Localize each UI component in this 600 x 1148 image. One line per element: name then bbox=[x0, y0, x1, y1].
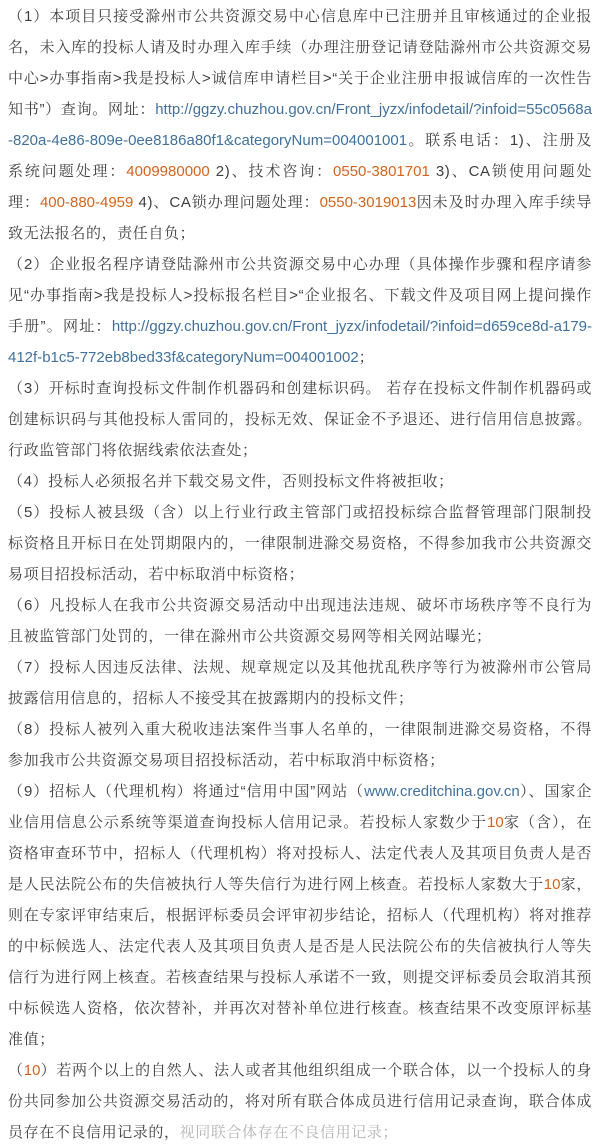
text-segment: （4）投标人必须报名并下载交易文件，否则投标文件将被拒收； bbox=[8, 473, 454, 490]
text-segment: （8）投标人被列入重大税收违法案件当事人名单的，一律限制进滁交易资格，不得参加我… bbox=[8, 721, 592, 769]
text-segment: 4)、CA锁办理问题处理： bbox=[133, 194, 319, 211]
text-segment: 10 bbox=[487, 814, 504, 831]
text-segment: 视同联合体存在不良信用记录； bbox=[180, 1124, 398, 1141]
text-segment: （7）投标人因违反法律、法规、规章规定以及其他扰乱秩序等行为被滁州市公管局披露信… bbox=[8, 659, 592, 707]
text-segment: （ bbox=[8, 1062, 24, 1079]
text-segment: （6）凡投标人在我市公共资源交易活动中出现违法违规、破坏市场秩序等不良行为且被监… bbox=[8, 597, 592, 645]
notice-document: （1）本项目只接受滁州市公共资源交易中心信息库中已注册并且审核通过的企业报名，未… bbox=[0, 0, 600, 1148]
paragraph-item-7: （7）投标人因违反法律、法规、规章规定以及其他扰乱秩序等行为被滁州市公管局披露信… bbox=[8, 652, 592, 714]
paragraph-item-10: （10）若两个以上的自然人、法人或者其他组织组成一个联合体，以一个投标人的身份共… bbox=[8, 1055, 592, 1148]
paragraph-item-1: （1）本项目只接受滁州市公共资源交易中心信息库中已注册并且审核通过的企业报名，未… bbox=[8, 1, 592, 249]
text-segment: 家，则在专家评审结束后，根据评标委员会评审初步结论，招标人（代理机构）将对推荐的… bbox=[8, 876, 592, 1048]
text-segment: 4009980000 bbox=[126, 163, 209, 180]
text-segment: 400-880-4959 bbox=[40, 194, 133, 211]
paragraph-item-6: （6）凡投标人在我市公共资源交易活动中出现违法违规、破坏市场秩序等不良行为且被监… bbox=[8, 590, 592, 652]
paragraph-item-8: （8）投标人被列入重大税收违法案件当事人名单的，一律限制进滁交易资格，不得参加我… bbox=[8, 714, 592, 776]
text-segment: 0550-3801701 bbox=[333, 163, 430, 180]
text-segment: （9）招标人（代理机构）将通过“信用中国”网站（ bbox=[8, 783, 364, 800]
document-body: （1）本项目只接受滁州市公共资源交易中心信息库中已注册并且审核通过的企业报名，未… bbox=[8, 1, 592, 1148]
paragraph-item-5: （5）投标人被县级（含）以上行业行政主管部门或招投标综合监督管理部门限制投标资格… bbox=[8, 497, 592, 590]
paragraph-item-3: （3）开标时查询投标文件制作机器码和创建标识码。 若存在投标文件制作机器码或创建… bbox=[8, 373, 592, 466]
text-segment: 10 bbox=[24, 1062, 41, 1079]
hyperlink[interactable]: www.creditchina.gov.cn bbox=[364, 783, 520, 800]
paragraph-item-9: （9）招标人（代理机构）将通过“信用中国”网站（www.creditchina.… bbox=[8, 776, 592, 1055]
text-segment: （3）开标时查询投标文件制作机器码和创建标识码。 若存在投标文件制作机器码或创建… bbox=[8, 380, 592, 459]
paragraph-item-2: （2）企业报名程序请登陆滁州市公共资源交易中心办理（具体操作步骤和程序请参见“办… bbox=[8, 249, 592, 373]
text-segment: 2)、技术咨询： bbox=[210, 163, 333, 180]
text-segment: （5）投标人被县级（含）以上行业行政主管部门或招投标综合监督管理部门限制投标资格… bbox=[8, 504, 592, 583]
text-segment: 10 bbox=[544, 876, 561, 893]
text-segment: 0550-3019013 bbox=[320, 194, 417, 211]
text-segment: ； bbox=[359, 349, 375, 366]
paragraph-item-4: （4）投标人必须报名并下载交易文件，否则投标文件将被拒收； bbox=[8, 466, 592, 497]
